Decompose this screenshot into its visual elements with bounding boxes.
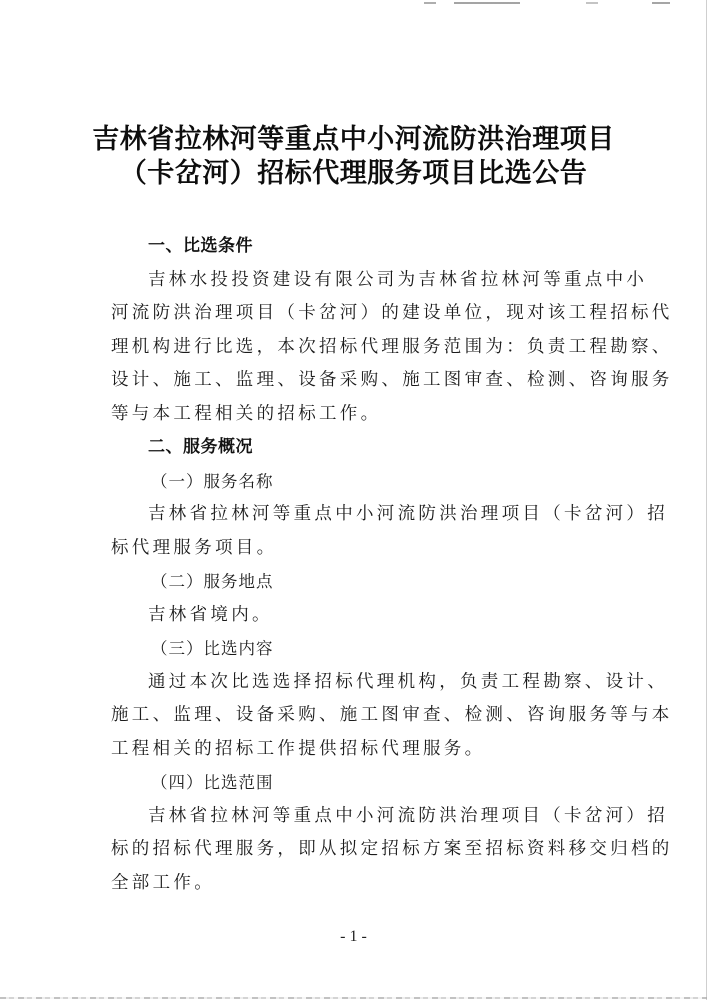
title-line-2: （卡岔河）招标代理服务项目比选公告 [0, 152, 707, 186]
section-heading-2: 二、服务概况 [111, 431, 611, 465]
paragraph-line: 施工、监理、设备采购、施工图审查、检测、咨询服务等与本 [111, 699, 611, 733]
paragraph-line: 吉林水投投资建设有限公司为吉林省拉林河等重点中小 [111, 264, 611, 298]
title-line-1: 吉林省拉林河等重点中小河流防洪治理项目 [0, 118, 707, 152]
paragraph-line: 通过本次比选选择招标代理机构，负责工程勘察、设计、 [111, 666, 611, 700]
document-body: 一、比选条件 吉林水投投资建设有限公司为吉林省拉林河等重点中小 河流防洪治理项目… [111, 230, 611, 900]
paragraph-line: 工程相关的招标工作提供招标代理服务。 [111, 733, 611, 767]
paragraph-line: 标的招标代理服务，即从拟定招标方案至招标资料移交归档的 [111, 833, 611, 867]
paragraph-line: 吉林省拉林河等重点中小河流防洪治理项目（卡岔河）招 [111, 800, 611, 834]
paragraph-line: 全部工作。 [111, 867, 611, 901]
scan-artifact-top [400, 2, 700, 4]
document-title: 吉林省拉林河等重点中小河流防洪治理项目 （卡岔河）招标代理服务项目比选公告 [0, 118, 707, 185]
paragraph-line: 吉林省拉林河等重点中小河流防洪治理项目（卡岔河）招 [111, 498, 611, 532]
paragraph-line: 设计、施工、监理、设备采购、施工图审查、检测、咨询服务 [111, 364, 611, 398]
paragraph-line: 标代理服务项目。 [111, 532, 611, 566]
document-page: 吉林省拉林河等重点中小河流防洪治理项目 （卡岔河）招标代理服务项目比选公告 一、… [0, 0, 707, 1000]
paragraph-line: 吉林省境内。 [111, 599, 611, 633]
section-heading-1: 一、比选条件 [111, 230, 611, 264]
paragraph-line: 等与本工程相关的招标工作。 [111, 398, 611, 432]
subsection-heading-selection-scope: （四）比选范围 [111, 766, 611, 800]
subsection-heading-service-name: （一）服务名称 [111, 465, 611, 499]
subsection-heading-selection-content: （三）比选内容 [111, 632, 611, 666]
subsection-heading-service-location: （二）服务地点 [111, 565, 611, 599]
scan-artifact-bottom [0, 997, 707, 999]
page-number: - 1 - [0, 928, 707, 946]
paragraph-line: 理机构进行比选，本次招标代理服务范围为：负责工程勘察、 [111, 331, 611, 365]
paragraph-line: 河流防洪治理项目（卡岔河）的建设单位，现对该工程招标代 [111, 297, 611, 331]
